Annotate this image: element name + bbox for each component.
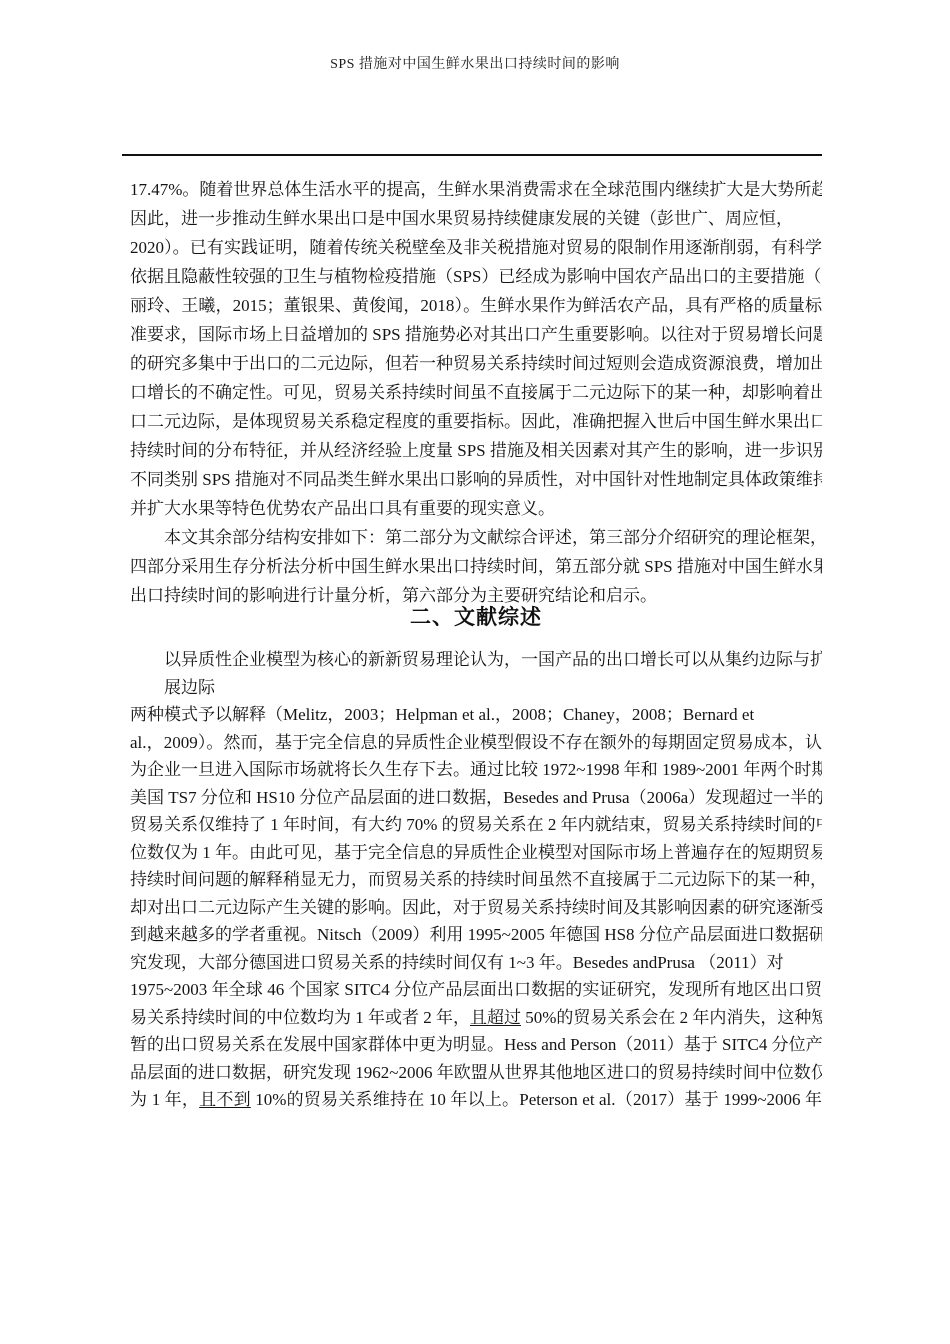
text-segment: 10%的贸易关系维持在 10 年以上。Peterson et al.（2017）… bbox=[251, 1090, 822, 1109]
body-line: 为 1 年，且不到 10%的贸易关系维持在 10 年以上。Peterson et… bbox=[130, 1086, 822, 1114]
intro-paragraphs: 17.47%。随着世界总体生活水平的提高，生鲜水果消费需求在全球范围内继续扩大是… bbox=[130, 175, 822, 610]
body-line: 2020）。已有实践证明，随着传统关税壁垒及非关税措施对贸易的限制作用逐渐削弱，… bbox=[130, 233, 822, 262]
text-segment: 以异质性企业模型为核心的新新贸易理论认为，一国产品的出口增长可以从集约边际与扩 bbox=[164, 650, 822, 669]
text-segment: 不同类别 SPS 措施对不同品类生鲜水果出口影响的异质性，对中国针对性地制定具体… bbox=[130, 470, 822, 489]
text-segment: 美国 TS7 分位和 HS10 分位产品层面的进口数据，Besedes and … bbox=[130, 788, 822, 807]
text-segment: 展边际 bbox=[164, 678, 215, 697]
text-segment: 准要求，国际市场上日益增加的 SPS 措施势必对其出口产生重要影响。以往对于贸易… bbox=[130, 325, 822, 344]
text-segment: 暂的出口贸易关系在发展中国家群体中更为明显。Hess and Person（20… bbox=[130, 1035, 822, 1054]
body-line: 依据且隐蔽性较强的卫生与植物检疫措施（SPS）已经成为影响中国农产品出口的主要措… bbox=[130, 262, 822, 291]
body-line: 却对出口二元边际产生关键的影响。因此，对于贸易关系持续时间及其影响因素的研究逐渐… bbox=[130, 894, 822, 922]
text-segment: 因此，进一步推动生鲜水果出口是中国水果贸易持续健康发展的关键（彭世广、周应恒， bbox=[130, 209, 793, 228]
text-segment: 究发现，大部分德国进口贸易关系的持续时间仅有 1~3 年。Besedes and… bbox=[130, 953, 784, 972]
text-segment: al.，2009）。然而，基于完全信息的异质性企业模型假设不存在额外的每期固定贸… bbox=[130, 733, 822, 752]
text-segment: 位数仅为 1 年。由此可见，基于完全信息的异质性企业模型对国际市场上普遍存在的短… bbox=[130, 843, 822, 862]
body-line: 位数仅为 1 年。由此可见，基于完全信息的异质性企业模型对国际市场上普遍存在的短… bbox=[130, 839, 822, 867]
body-line: 的研究多集中于出口的二元边际，但若一种贸易关系持续时间过短则会造成资源浪费，增加… bbox=[130, 349, 822, 378]
literature-review-paragraphs: 以异质性企业模型为核心的新新贸易理论认为，一国产品的出口增长可以从集约边际与扩展… bbox=[130, 646, 822, 1114]
body-line: 本文其余部分结构安排如下：第二部分为文献综合评述，第三部分介绍研究的理论框架，第 bbox=[130, 523, 822, 552]
document-body: 17.47%。随着世界总体生活水平的提高，生鲜水果消费需求在全球范围内继续扩大是… bbox=[130, 175, 822, 1114]
body-line: 丽玲、王曦，2015；董银果、黄俊闻，2018）。生鲜水果作为鲜活农产品，具有严… bbox=[130, 291, 822, 320]
text-segment: 50%的贸易关系会在 2 年内消失，这种短 bbox=[521, 1008, 822, 1027]
body-line: 1975~2003 年全球 46 个国家 SITC4 分位产品层面出口数据的实证… bbox=[130, 976, 822, 1004]
text-segment: 本文其余部分结构安排如下：第二部分为文献综合评述，第三部分介绍研究的理论框架，第 bbox=[164, 528, 822, 547]
body-line: 以异质性企业模型为核心的新新贸易理论认为，一国产品的出口增长可以从集约边际与扩 bbox=[130, 646, 822, 674]
text-segment: 为企业一旦进入国际市场就将长久生存下去。通过比较 1972~1998 年和 19… bbox=[130, 760, 822, 779]
text-segment: 并扩大水果等特色优势农产品出口具有重要的现实意义。 bbox=[130, 499, 555, 518]
underlined-text: 且不到 bbox=[199, 1090, 251, 1109]
body-line: 为企业一旦进入国际市场就将长久生存下去。通过比较 1972~1998 年和 19… bbox=[130, 756, 822, 784]
body-line: 并扩大水果等特色优势农产品出口具有重要的现实意义。 bbox=[130, 494, 822, 523]
text-segment: 口二元边际，是体现贸易关系稳定程度的重要指标。因此，准确把握入世后中国生鲜水果出… bbox=[130, 412, 822, 431]
text-segment: 贸易关系仅维持了 1 年时间，有大约 70% 的贸易关系在 2 年内就结束，贸易… bbox=[130, 815, 822, 834]
body-line: 暂的出口贸易关系在发展中国家群体中更为明显。Hess and Person（20… bbox=[130, 1031, 822, 1059]
text-segment: 出口持续时间的影响进行计量分析，第六部分为主要研究结论和启示。 bbox=[130, 586, 657, 605]
body-line: 两种模式予以解释（Melitz，2003；Helpman et al.，2008… bbox=[130, 701, 822, 729]
body-line: al.，2009）。然而，基于完全信息的异质性企业模型假设不存在额外的每期固定贸… bbox=[130, 729, 822, 757]
body-line: 因此，进一步推动生鲜水果出口是中国水果贸易持续健康发展的关键（彭世广、周应恒， bbox=[130, 204, 822, 233]
body-line: 口增长的不确定性。可见，贸易关系持续时间虽不直接属于二元边际下的某一种，却影响着… bbox=[130, 378, 822, 407]
body-line: 持续时间问题的解释稍显无力，而贸易关系的持续时间虽然不直接属于二元边际下的某一种… bbox=[130, 866, 822, 894]
text-segment: 依据且隐蔽性较强的卫生与植物检疫措施（SPS）已经成为影响中国农产品出口的主要措… bbox=[130, 267, 822, 286]
text-segment: 口增长的不确定性。可见，贸易关系持续时间虽不直接属于二元边际下的某一种，却影响着… bbox=[130, 383, 822, 402]
body-line: 准要求，国际市场上日益增加的 SPS 措施势必对其出口产生重要影响。以往对于贸易… bbox=[130, 320, 822, 349]
document-page: SPS 措施对中国生鲜水果出口持续时间的影响 17.47%。随着世界总体生活水平… bbox=[0, 0, 950, 1344]
running-header: SPS 措施对中国生鲜水果出口持续时间的影响 bbox=[0, 56, 950, 74]
body-line: 易关系持续时间的中位数均为 1 年或者 2 年，且超过 50%的贸易关系会在 2… bbox=[130, 1004, 822, 1032]
body-line: 四部分采用生存分析法分析中国生鲜水果出口持续时间，第五部分就 SPS 措施对中国… bbox=[130, 552, 822, 581]
body-line: 不同类别 SPS 措施对不同品类生鲜水果出口影响的异质性，对中国针对性地制定具体… bbox=[130, 465, 822, 494]
body-line: 品层面的进口数据，研究发现 1962~2006 年欧盟从世界其他地区进口的贸易持… bbox=[130, 1059, 822, 1087]
text-segment: 持续时间的分布特征，并从经济经验上度量 SPS 措施及相关因素对其产生的影响，进… bbox=[130, 441, 822, 460]
body-line: 持续时间的分布特征，并从经济经验上度量 SPS 措施及相关因素对其产生的影响，进… bbox=[130, 436, 822, 465]
underlined-text: 且超过 bbox=[470, 1008, 521, 1027]
text-segment: 丽玲、王曦，2015；董银果、黄俊闻，2018）。生鲜水果作为鲜活农产品，具有严… bbox=[130, 296, 822, 315]
text-segment: 却对出口二元边际产生关键的影响。因此，对于贸易关系持续时间及其影响因素的研究逐渐… bbox=[130, 898, 822, 917]
text-segment: 17.47%。随着世界总体生活水平的提高，生鲜水果消费需求在全球范围内继续扩大是… bbox=[130, 180, 822, 199]
text-segment: 四部分采用生存分析法分析中国生鲜水果出口持续时间，第五部分就 SPS 措施对中国… bbox=[130, 557, 822, 576]
text-segment: 2020）。已有实践证明，随着传统关税壁垒及非关税措施对贸易的限制作用逐渐削弱，… bbox=[130, 238, 822, 257]
text-segment: 为 1 年， bbox=[130, 1090, 199, 1109]
body-line: 展边际 bbox=[130, 674, 822, 702]
body-line: 美国 TS7 分位和 HS10 分位产品层面的进口数据，Besedes and … bbox=[130, 784, 822, 812]
text-segment: 持续时间问题的解释稍显无力，而贸易关系的持续时间虽然不直接属于二元边际下的某一种… bbox=[130, 870, 822, 889]
header-divider bbox=[122, 154, 822, 156]
body-line: 口二元边际，是体现贸易关系稳定程度的重要指标。因此，准确把握入世后中国生鲜水果出… bbox=[130, 407, 822, 436]
body-line: 究发现，大部分德国进口贸易关系的持续时间仅有 1~3 年。Besedes and… bbox=[130, 949, 822, 977]
text-segment: 易关系持续时间的中位数均为 1 年或者 2 年， bbox=[130, 1008, 470, 1027]
text-segment: 品层面的进口数据，研究发现 1962~2006 年欧盟从世界其他地区进口的贸易持… bbox=[130, 1063, 822, 1082]
text-segment: 1975~2003 年全球 46 个国家 SITC4 分位产品层面出口数据的实证… bbox=[130, 980, 822, 999]
text-segment: 的研究多集中于出口的二元边际，但若一种贸易关系持续时间过短则会造成资源浪费，增加… bbox=[130, 354, 822, 373]
body-line: 贸易关系仅维持了 1 年时间，有大约 70% 的贸易关系在 2 年内就结束，贸易… bbox=[130, 811, 822, 839]
body-line: 17.47%。随着世界总体生活水平的提高，生鲜水果消费需求在全球范围内继续扩大是… bbox=[130, 175, 822, 204]
text-segment: 两种模式予以解释（Melitz，2003；Helpman et al.，2008… bbox=[130, 705, 754, 724]
body-line: 到越来越多的学者重视。Nitsch（2009）利用 1995~2005 年德国 … bbox=[130, 921, 822, 949]
text-segment: 到越来越多的学者重视。Nitsch（2009）利用 1995~2005 年德国 … bbox=[130, 925, 822, 944]
